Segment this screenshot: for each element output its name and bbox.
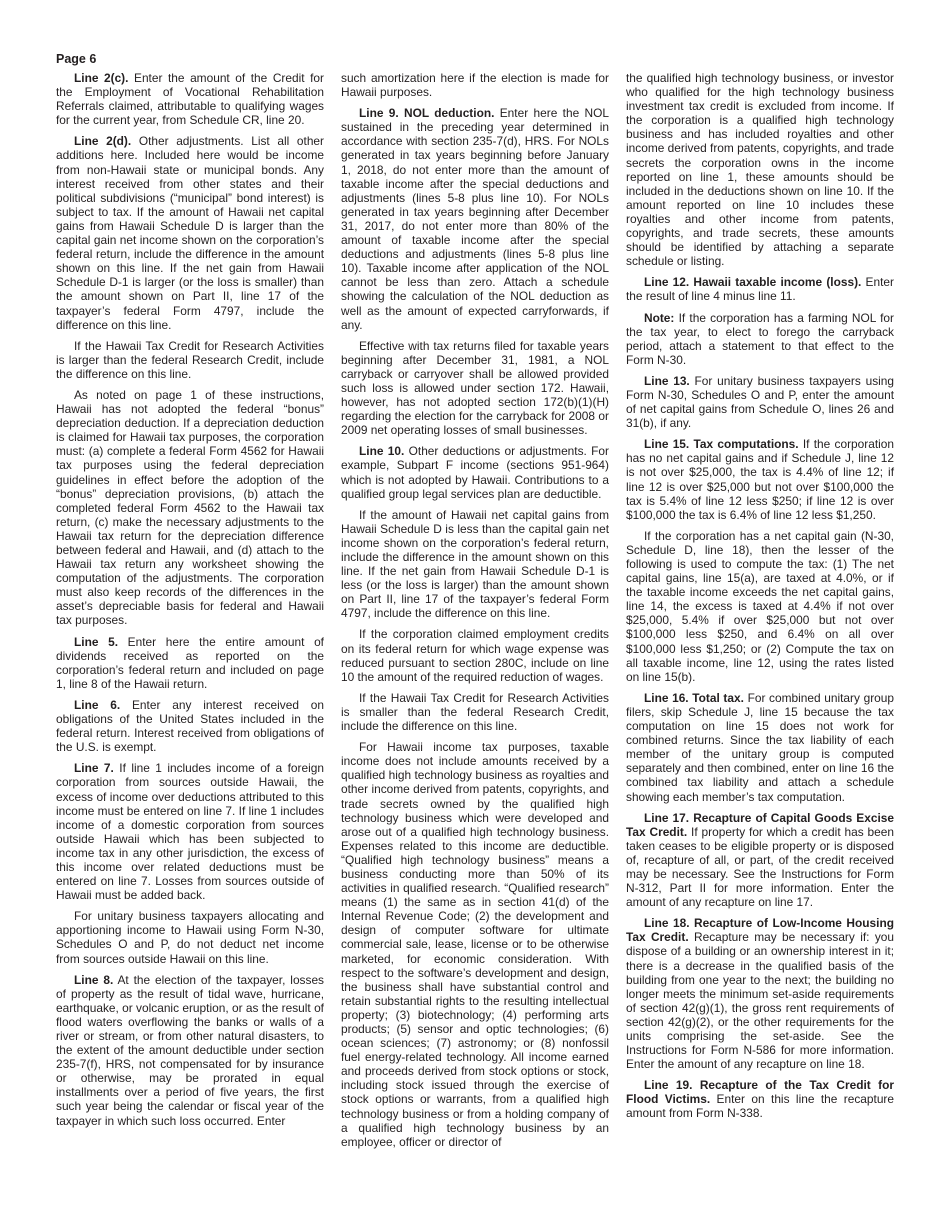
column-3: the qualified high technology business, … <box>626 71 894 1128</box>
line-heading: Line 6. <box>74 698 120 712</box>
instruction-paragraph: If the amount of Hawaii net capital gain… <box>341 508 609 621</box>
line-heading: Line 16. Total tax. <box>644 691 744 705</box>
line-heading: Line 8. <box>74 973 113 987</box>
paragraph-text: As noted on page 1 of these instructions… <box>56 388 324 628</box>
paragraph-text: For combined unitary group filers, skip … <box>626 691 894 804</box>
instruction-paragraph: Line 16. Total tax. For combined unitary… <box>626 691 894 804</box>
instruction-paragraph: If the Hawaii Tax Credit for Research Ac… <box>56 339 324 381</box>
paragraph-text: such amortization here if the election i… <box>341 71 609 99</box>
instruction-paragraph: Line 18. Recapture of Low-Income Housing… <box>626 916 894 1071</box>
instruction-paragraph: Line 13. For unitary business taxpayers … <box>626 374 894 430</box>
paragraph-text: If the corporation claimed employment cr… <box>341 627 609 683</box>
instruction-paragraph: If the corporation has a net capital gai… <box>626 529 894 684</box>
paragraph-text: If the amount of Hawaii net capital gain… <box>341 508 609 621</box>
line-heading: Line 5. <box>74 635 118 649</box>
column-2: such amortization here if the election i… <box>341 71 609 1156</box>
line-heading: Line 15. Tax computations. <box>644 437 799 451</box>
paragraph-text: Other adjustments. List all other additi… <box>56 134 324 331</box>
instruction-paragraph: Line 10. Other deductions or adjustments… <box>341 444 609 500</box>
instruction-paragraph: Effective with tax returns filed for tax… <box>341 339 609 438</box>
instruction-paragraph: For unitary business taxpayers allocatin… <box>56 909 324 965</box>
paragraph-text: the qualified high technology business, … <box>626 71 894 268</box>
page-number: Page 6 <box>56 52 96 66</box>
instruction-paragraph: Line 6. Enter any interest received on o… <box>56 698 324 754</box>
instruction-paragraph: Line 7. If line 1 includes income of a f… <box>56 761 324 902</box>
paragraph-text: For unitary business taxpayers allocatin… <box>56 909 324 965</box>
paragraph-text: Enter here the NOL sustained in the prec… <box>341 106 609 331</box>
paragraph-text: If the Hawaii Tax Credit for Research Ac… <box>56 339 324 381</box>
instruction-paragraph: Line 17. Recapture of Capital Goods Exci… <box>626 811 894 910</box>
instruction-paragraph: such amortization here if the election i… <box>341 71 609 99</box>
instruction-paragraph: the qualified high technology business, … <box>626 71 894 268</box>
paragraph-text: If the Hawaii Tax Credit for Research Ac… <box>341 691 609 733</box>
instruction-paragraph: Line 8. At the election of the taxpayer,… <box>56 973 324 1128</box>
instruction-paragraph: Line 2(d). Other adjustments. List all o… <box>56 134 324 331</box>
line-heading: Line 12. Hawaii taxable income (loss). <box>644 275 861 289</box>
instruction-paragraph: For Hawaii income tax purposes, taxable … <box>341 740 609 1149</box>
line-heading: Line 9. NOL deduction. <box>359 106 494 120</box>
instruction-paragraph: As noted on page 1 of these instructions… <box>56 388 324 628</box>
instruction-paragraph: Line 2(c). Enter the amount of the Credi… <box>56 71 324 127</box>
instruction-paragraph: Line 15. Tax computations. If the corpor… <box>626 437 894 522</box>
column-1: Line 2(c). Enter the amount of the Credi… <box>56 71 324 1135</box>
paragraph-text: For Hawaii income tax purposes, taxable … <box>341 740 609 1149</box>
paragraph-text: If the corporation has a net capital gai… <box>626 529 894 684</box>
paragraph-text: If line 1 includes income of a foreign c… <box>56 761 324 902</box>
instruction-paragraph: Note: If the corporation has a farming N… <box>626 311 894 367</box>
instruction-paragraph: Line 9. NOL deduction. Enter here the NO… <box>341 106 609 332</box>
paragraph-text: Recapture may be necessary if: you dispo… <box>626 930 894 1071</box>
line-heading: Line 2(d). <box>74 134 131 148</box>
instruction-paragraph: If the Hawaii Tax Credit for Research Ac… <box>341 691 609 733</box>
line-heading: Line 10. <box>359 444 404 458</box>
instruction-paragraph: Line 19. Recapture of the Tax Credit for… <box>626 1078 894 1120</box>
line-heading: Line 7. <box>74 761 114 775</box>
instruction-paragraph: If the corporation claimed employment cr… <box>341 627 609 683</box>
line-heading: Line 2(c). <box>74 71 128 85</box>
instruction-paragraph: Line 12. Hawaii taxable income (loss). E… <box>626 275 894 303</box>
instruction-paragraph: Line 5. Enter here the entire amount of … <box>56 635 324 691</box>
line-heading: Line 13. <box>644 374 690 388</box>
line-heading: Note: <box>644 311 674 325</box>
paragraph-text: Effective with tax returns filed for tax… <box>341 339 609 438</box>
paragraph-text: At the election of the taxpayer, losses … <box>56 973 324 1128</box>
